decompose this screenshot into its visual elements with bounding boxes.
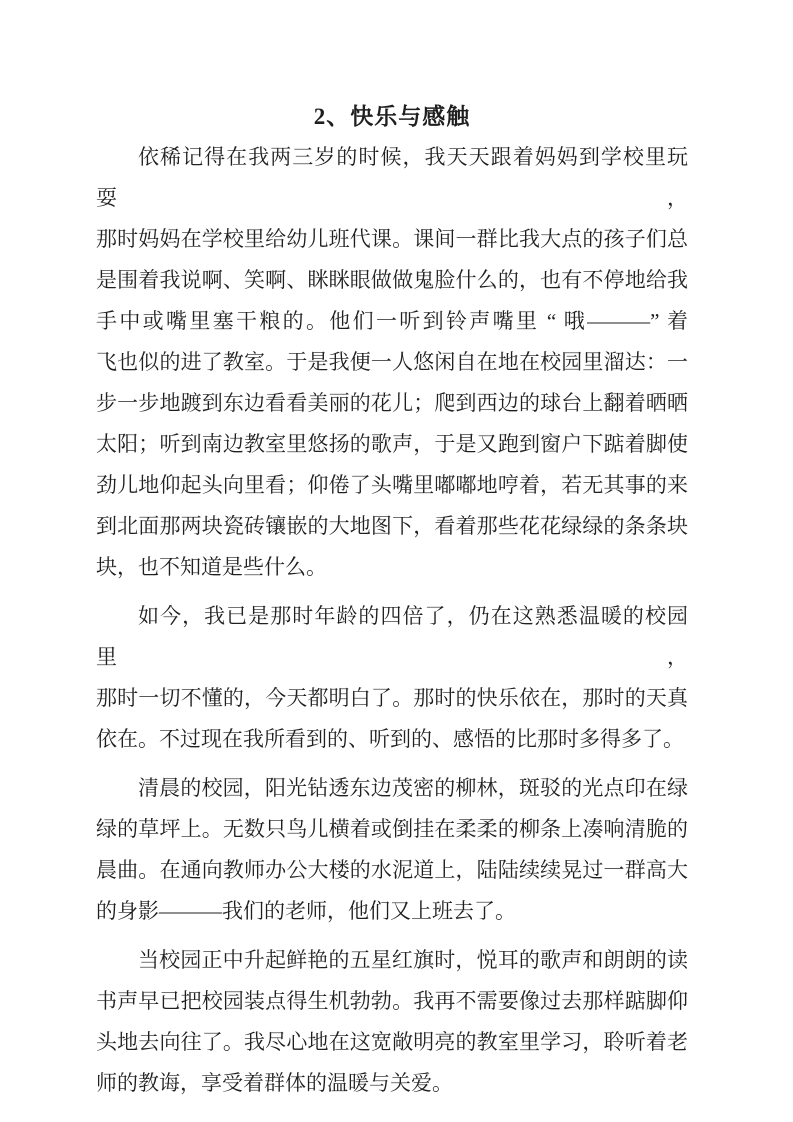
text-line: 太阳；听到南边教室里悠扬的歌声，于是又跑到窗户下踮着脚使	[96, 424, 688, 465]
text-line: 清晨的校园，阳光钻透东边茂密的柳林，斑驳的光点印在绿	[96, 768, 688, 809]
text-line: 当校园正中升起鲜艳的五星红旗时，悦耳的歌声和朗朗的读	[96, 940, 688, 981]
text-line: 绿的草坪上。无数只鸟儿横着或倒挂在柔柔的柳条上凑响清脆的	[96, 809, 688, 850]
text-line: 那时妈妈在学校里给幼儿班代课。课间一群比我大点的孩子们总	[96, 219, 688, 260]
text-line: 手中或嘴里塞干粮的。他们一听到铃声嘴里 “ 哦———” 着	[96, 301, 688, 342]
document-body: 依稀记得在我两三岁的时候，我天天跟着妈妈到学校里玩耍，那时妈妈在学校里给幼儿班代…	[96, 137, 688, 1104]
text-line: 师的教诲，享受着群体的温暖与关爱。	[96, 1063, 688, 1104]
text-line: 到北面那两块瓷砖镶嵌的大地图下，看着那些花花绿绿的条条块	[96, 506, 688, 547]
paragraph: 清晨的校园，阳光钻透东边茂密的柳林，斑驳的光点印在绿绿的草坪上。无数只鸟儿横着或…	[96, 768, 688, 932]
text-line: 依稀记得在我两三岁的时候，我天天跟着妈妈到学校里玩耍，	[96, 137, 688, 219]
document-page: 2、快乐与感触 依稀记得在我两三岁的时候，我天天跟着妈妈到学校里玩耍，那时妈妈在…	[0, 0, 793, 1122]
text-line: 那时一切不懂的，今天都明白了。那时的快乐依在，那时的天真	[96, 678, 688, 719]
text-line: 块，也不知道是些什么。	[96, 547, 688, 588]
text-line: 步一步地踱到东边看看美丽的花儿；爬到西边的球台上翻着晒晒	[96, 383, 688, 424]
text-line: 是围着我说啊、笑啊、眯眯眼做做鬼脸什么的，也有不停地给我	[96, 260, 688, 301]
text-line: 头地去向往了。我尽心地在这宽敞明亮的教室里学习，聆听着老	[96, 1022, 688, 1063]
paragraph: 如今，我已是那时年龄的四倍了，仍在这熟悉温暖的校园里，那时一切不懂的，今天都明白…	[96, 596, 688, 760]
text-line: 的身影———我们的老师，他们又上班去了。	[96, 891, 688, 932]
paragraph: 当校园正中升起鲜艳的五星红旗时，悦耳的歌声和朗朗的读书声早已把校园装点得生机勃勃…	[96, 940, 688, 1104]
paragraph: 依稀记得在我两三岁的时候，我天天跟着妈妈到学校里玩耍，那时妈妈在学校里给幼儿班代…	[96, 137, 688, 588]
text-line: 依在。不过现在我所看到的、听到的、感悟的比那时多得多了。	[96, 719, 688, 760]
text-line: 晨曲。在通向教师办公大楼的水泥道上，陆陆续续晃过一群高大	[96, 850, 688, 891]
text-line: 书声早已把校园装点得生机勃勃。我再不需要像过去那样踮脚仰	[96, 981, 688, 1022]
text-line: 飞也似的进了教室。于是我便一人悠闲自在地在校园里溜达：一	[96, 342, 688, 383]
document-title: 2、快乐与感触	[96, 96, 688, 137]
text-line: 如今，我已是那时年龄的四倍了，仍在这熟悉温暖的校园里，	[96, 596, 688, 678]
text-line: 劲儿地仰起头向里看；仰倦了头嘴里嘟嘟地哼着，若无其事的来	[96, 465, 688, 506]
